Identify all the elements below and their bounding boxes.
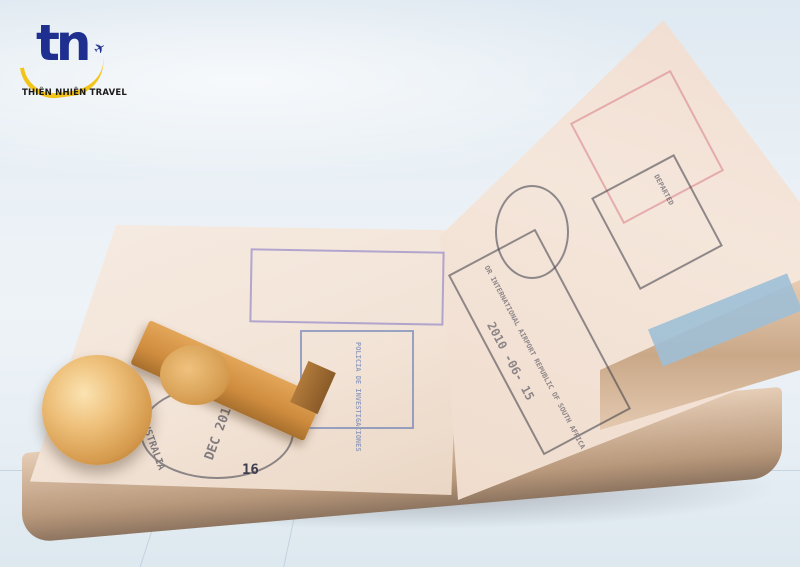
- rubber-stamp-handle: [42, 355, 152, 465]
- rubber-stamp-neck: [160, 345, 230, 405]
- visa-stamp-purple: [249, 248, 444, 325]
- stamp-text: DEPARTED: [652, 173, 675, 207]
- brand-name: THIÊN NHIÊN TRAVEL: [22, 88, 127, 98]
- photo-scene: POLICIA DE INVESTIGACIONES DEC 2012 AUST…: [0, 0, 800, 567]
- stamp-text: POLICIA DE INVESTIGACIONES: [354, 342, 362, 452]
- page-number: 16: [242, 462, 259, 478]
- airplane-icon: ✈: [91, 38, 110, 59]
- bottom-margin: [0, 567, 800, 581]
- logo-mark: tn: [36, 18, 88, 68]
- circular-stamp: [495, 185, 569, 279]
- brand-logo: tn ✈ THIÊN NHIÊN TRAVEL: [22, 24, 122, 104]
